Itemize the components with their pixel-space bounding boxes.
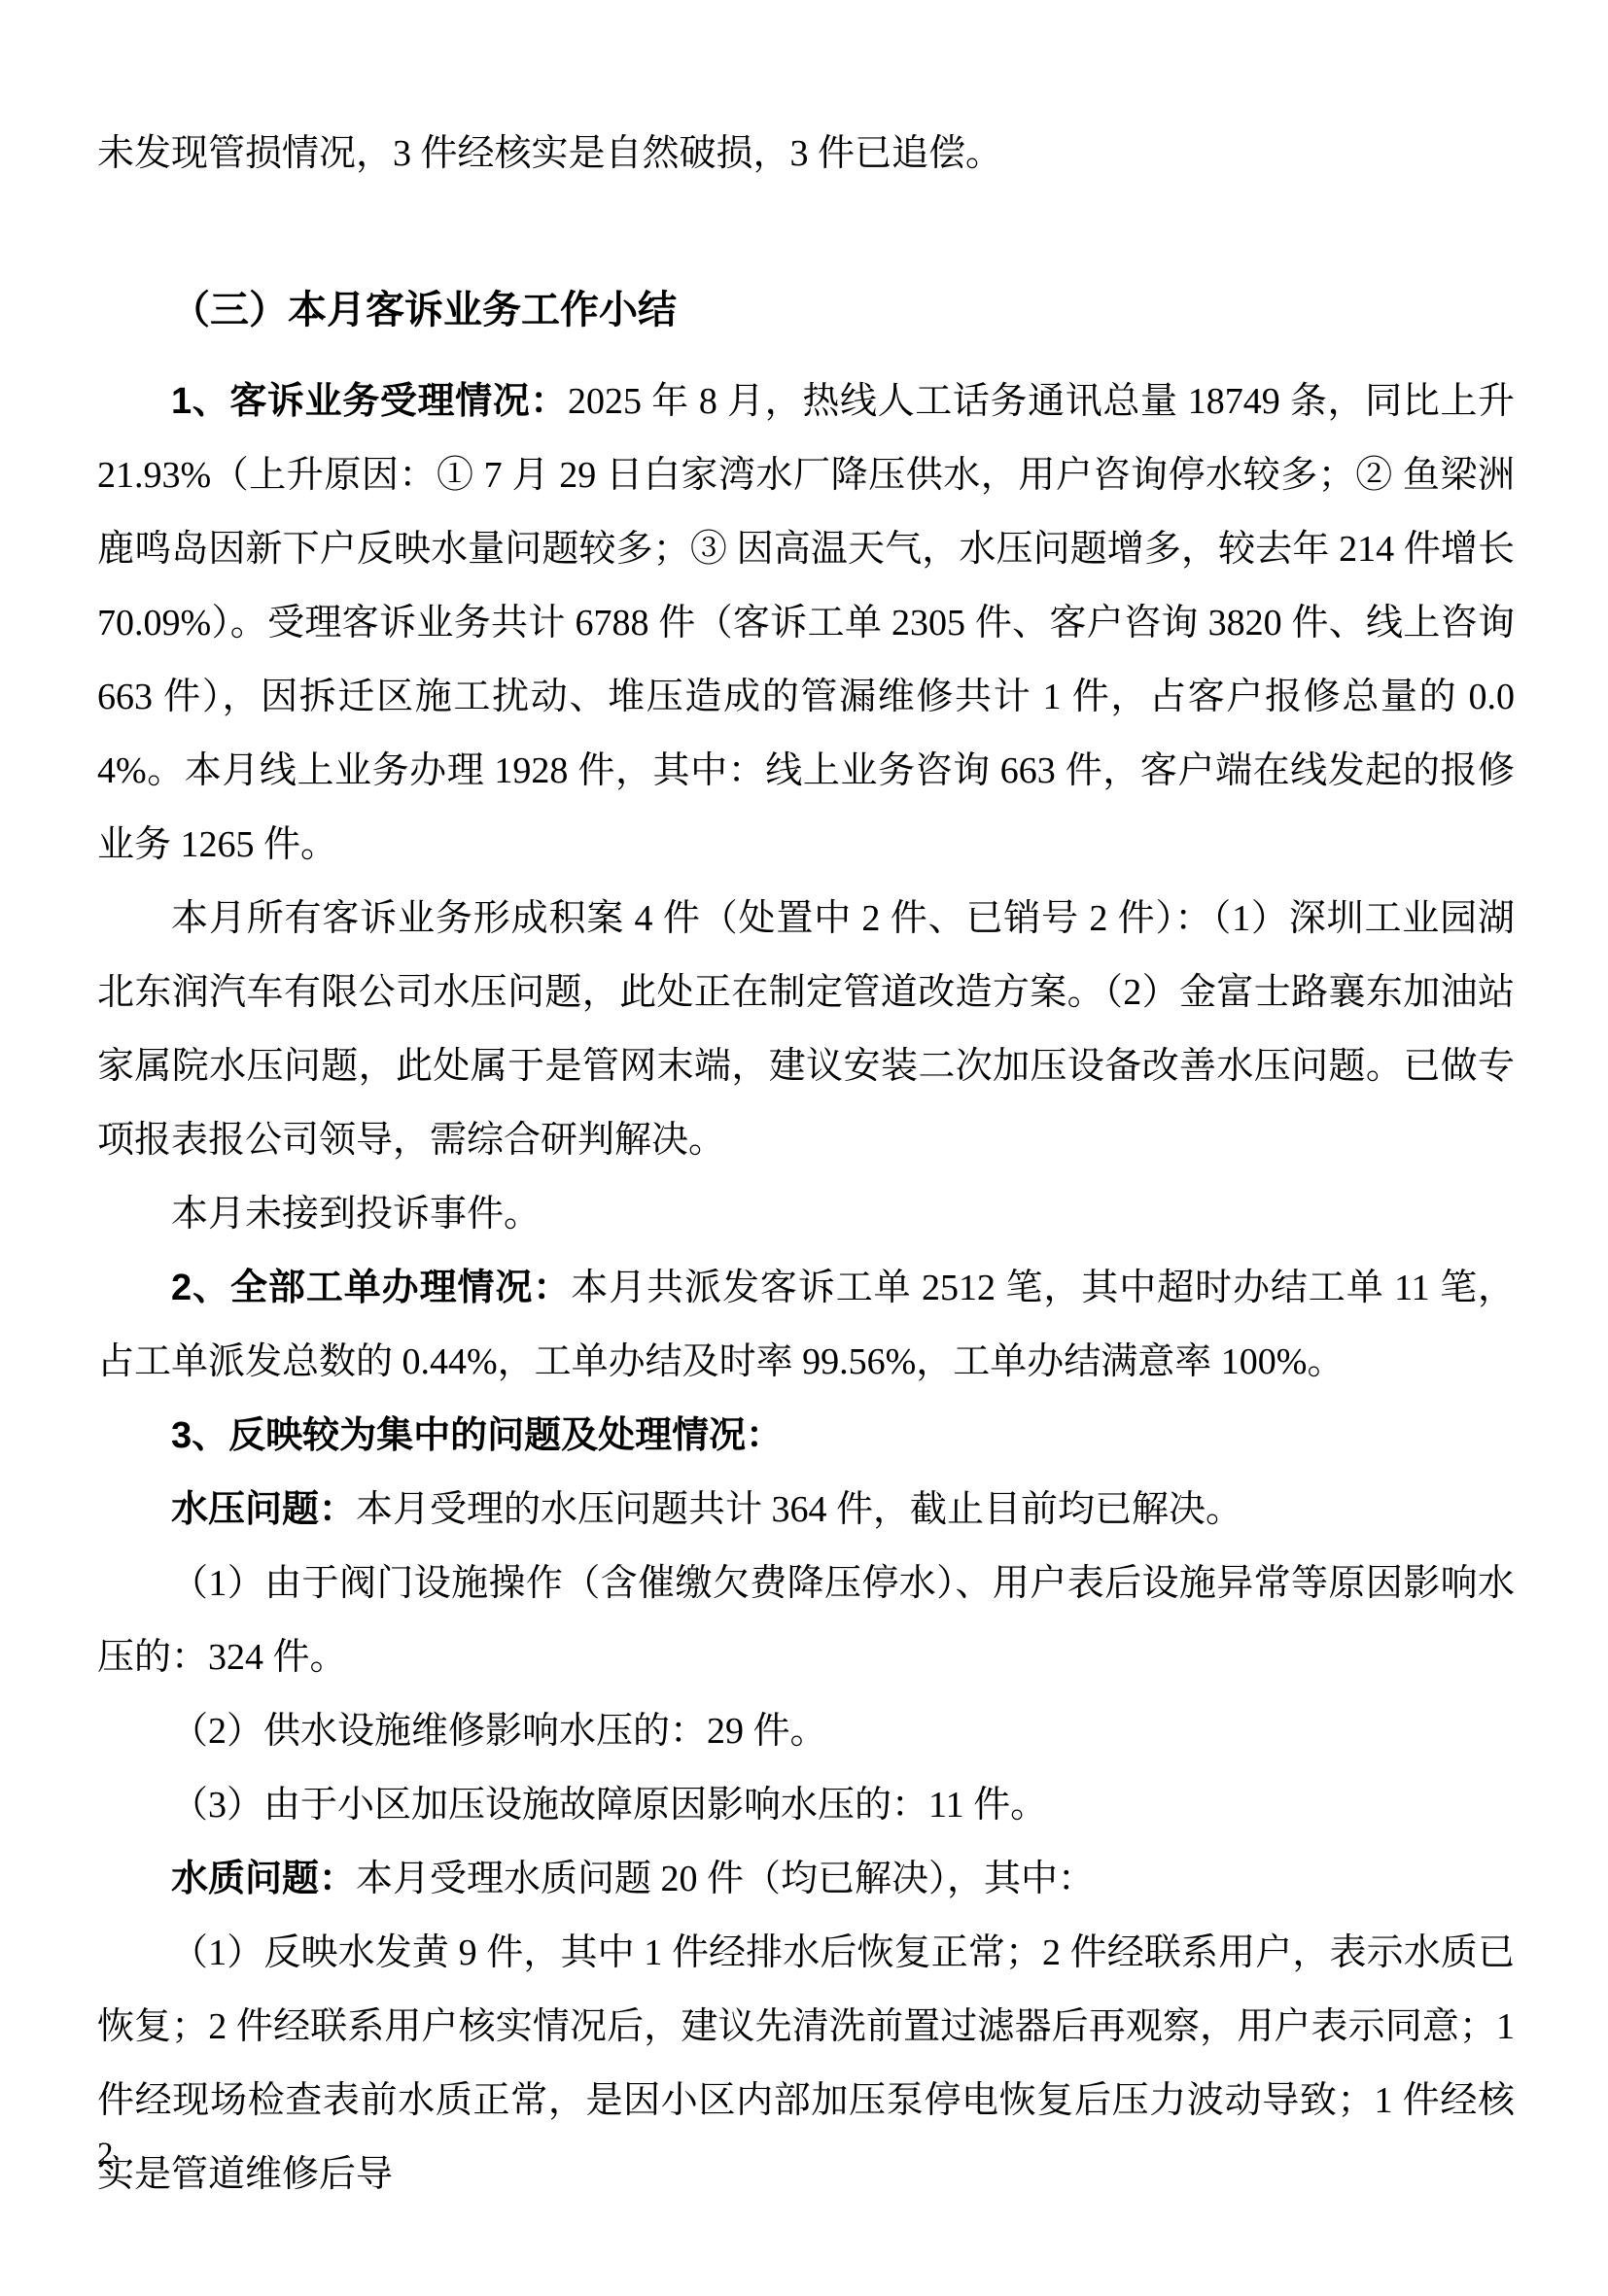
- paragraph: 本月未接到投诉事件。: [97, 1177, 1515, 1251]
- paragraph: （1）由于阀门设施操作（含催缴欠费降压停水）、用户表后设施异常等原因影响水压的：…: [97, 1547, 1515, 1694]
- paragraph: 未发现管损情况，3 件经核实是自然破损，3 件已追偿。: [97, 117, 1515, 191]
- paragraph: 水质问题：本月受理水质问题 20 件（均已解决），其中：: [97, 1842, 1515, 1916]
- paragraph: （3）由于小区加压设施故障原因影响水压的：11 件。: [97, 1768, 1515, 1842]
- paragraph: 本月所有客诉业务形成积案 4 件（处置中 2 件、已销号 2 件）：（1）深圳工…: [97, 882, 1515, 1177]
- paragraph-lead: 3、反映较为集中的问题及处理情况：: [171, 1415, 783, 1456]
- paragraph-text: （2）供水设施维修影响水压的：29 件。: [171, 1711, 827, 1752]
- paragraph-text: （1）反映水发黄 9 件，其中 1 件经排水后恢复正常；2 件经联系用户，表示水…: [97, 1932, 1515, 2195]
- paragraph: 3、反映较为集中的问题及处理情况：: [97, 1399, 1515, 1473]
- paragraph-text: 2025 年 8 月，热线人工话务通讯总量 18749 条，同比上升 21.93…: [97, 381, 1515, 865]
- paragraph-text: 本月受理的水压问题共计 364 件，截止目前均已解决。: [356, 1489, 1242, 1530]
- paragraph: （2）供水设施维修影响水压的：29 件。: [97, 1694, 1515, 1768]
- paragraph-text: 本月受理水质问题 20 件（均已解决），其中：: [356, 1859, 1095, 1899]
- document-body: 未发现管损情况，3 件经核实是自然破损，3 件已追偿。 （三）本月客诉业务工作小…: [0, 0, 1608, 2211]
- document-page: 未发现管损情况，3 件经核实是自然破损，3 件已追偿。 （三）本月客诉业务工作小…: [0, 0, 1608, 2296]
- paragraph-lead: 水压问题：: [171, 1489, 356, 1530]
- paragraph-lead: （三）本月客诉业务工作小结: [171, 289, 677, 331]
- section-heading: （三）本月客诉业务工作小结: [97, 273, 1515, 347]
- paragraph-lead: 2、全部工单办理情况：: [171, 1268, 571, 1308]
- paragraph-lead: 水质问题：: [171, 1859, 356, 1899]
- paragraph-text: 本月未接到投诉事件。: [171, 1194, 541, 1235]
- paragraph: 水压问题：本月受理的水压问题共计 364 件，截止目前均已解决。: [97, 1473, 1515, 1547]
- paragraph-text: （3）由于小区加压设施故障原因影响水压的：11 件。: [171, 1785, 1047, 1826]
- paragraph-text: 未发现管损情况，3 件经核实是自然破损，3 件已追偿。: [97, 133, 1002, 174]
- paragraph: （1）反映水发黄 9 件，其中 1 件经排水后恢复正常；2 件经联系用户，表示水…: [97, 1916, 1515, 2211]
- page-number: 2: [97, 2135, 114, 2174]
- paragraph: 1、客诉业务受理情况：2025 年 8 月，热线人工话务通讯总量 18749 条…: [97, 365, 1515, 882]
- paragraph: 2、全部工单办理情况：本月共派发客诉工单 2512 笔，其中超时办结工单 11 …: [97, 1251, 1515, 1399]
- paragraph-lead: 1、客诉业务受理情况：: [171, 381, 568, 422]
- paragraph-text: （1）由于阀门设施操作（含催缴欠费降压停水）、用户表后设施异常等原因影响水压的：…: [97, 1563, 1515, 1678]
- paragraph-text: 本月所有客诉业务形成积案 4 件（处置中 2 件、已销号 2 件）：（1）深圳工…: [97, 898, 1515, 1161]
